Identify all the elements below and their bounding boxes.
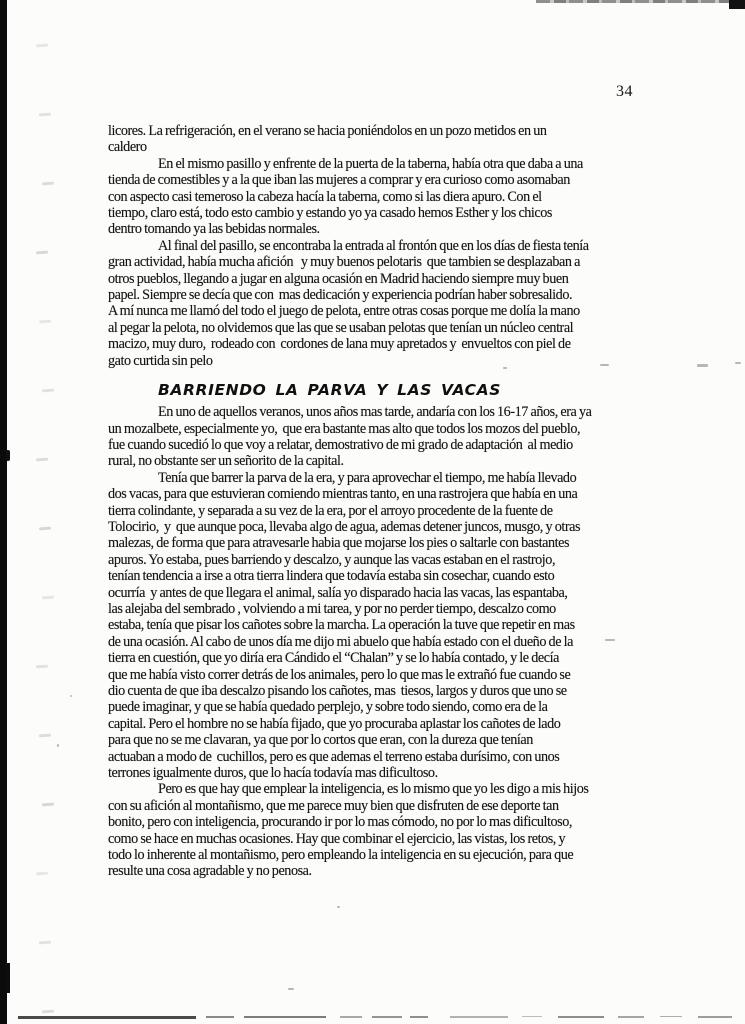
text-line: rural, no obstante ser un señorito de la… (108, 453, 708, 469)
text-line: tienda de comestibles y a la que iban la… (108, 172, 708, 188)
document-text: licores. La refrigeración, en el verano … (108, 123, 708, 880)
scan-margin-smudge (39, 941, 51, 945)
text-line: bonito, pero con inteligencia, procurand… (108, 814, 708, 830)
scan-margin-smudge (36, 458, 48, 462)
scan-edge-bottom-segment (660, 1016, 682, 1017)
text-line: estaba, tenía que pisar los cañotes sobr… (108, 617, 708, 633)
scan-speck (337, 906, 340, 908)
scan-edge-bottom-segment (450, 1016, 508, 1018)
text-line: ocurría y antes de que llegara el animal… (108, 585, 708, 601)
scan-edge-bottom-segment (372, 1016, 402, 1018)
scan-edge-bottom-segment (410, 1016, 428, 1018)
text-line: Tolocirio, y que aunque poca, llevaba al… (108, 519, 708, 535)
scan-margin-smudge (39, 113, 51, 117)
text-line: tiempo, claro está, todo esto cambio y e… (108, 205, 708, 221)
text-line: A mí nunca me llamó del todo el juego de… (108, 303, 708, 319)
scan-margin-smudge (36, 665, 48, 669)
text-line: apuros. Yo estaba, pues barriendo y desc… (108, 552, 708, 568)
text-line: capital. Pero el hombre no se había fija… (108, 716, 708, 732)
text-line: las alejaba del sembrado , volviendo a m… (108, 601, 708, 617)
text-line: todo lo inherente al montañismo, pero em… (108, 847, 708, 863)
scan-edge-blemish (6, 450, 10, 461)
scan-margin-smudge (39, 734, 51, 738)
text-line: papel. Siempre se decía que con mas dedi… (108, 287, 708, 303)
text-line: resulte una cosa agradable y no penosa. (108, 863, 708, 879)
scan-margin-smudge (42, 1010, 54, 1014)
page-number: 34 (616, 83, 633, 101)
scan-speck (57, 744, 59, 747)
scan-corner-top-right (729, 0, 745, 9)
scan-margin-smudge (36, 872, 48, 876)
text-line: malezas, de forma que para atravesarle h… (108, 535, 708, 551)
text-line: como se hace en muchas ocasiones. Hay qu… (108, 831, 708, 847)
text-line: para que no se me clavaran, ya que por l… (108, 732, 708, 748)
scan-speck (735, 362, 741, 364)
text-line: con aspecto casi temeroso la cabeza hací… (108, 189, 708, 205)
scan-edge-blemish (5, 963, 10, 993)
scan-edge-bottom-segment (558, 1016, 604, 1018)
section-heading: BARRIENDO LA PARVA Y LAS VACAS (158, 381, 708, 400)
text-line: otros pueblos, llegando a jugar en algun… (108, 271, 708, 287)
text-line: En el mismo pasillo y enfrente de la pue… (108, 156, 708, 172)
text-line: dio cuenta de que iba descalzo pisando l… (108, 683, 708, 699)
scan-margin-smudge (42, 182, 54, 186)
scan-margin-smudge (36, 251, 48, 255)
text-line: Pero es que hay que emplear la inteligen… (108, 781, 708, 797)
scanned-page: 34 licores. La refrigeración, en el vera… (0, 0, 745, 1024)
text-line: dos vacas, para que estuvieran comiendo … (108, 486, 708, 502)
scan-edge-bottom-segment (618, 1016, 644, 1018)
scan-speck (288, 988, 294, 990)
text-line: puede imaginar, y que se había quedado p… (108, 699, 708, 715)
scan-edge-bottom-segment (522, 1016, 542, 1017)
text-line: de una ocasión. Al cabo de unos día me d… (108, 634, 708, 650)
text-line: al pegar la pelota, no olvidemos que las… (108, 320, 708, 336)
text-line: un mozalbete, especialmente yo, que era … (108, 421, 708, 437)
scan-margin-smudge (39, 320, 51, 324)
text-line: con su afición al montañismo, que me par… (108, 798, 708, 814)
scan-margin-smudge (36, 44, 48, 48)
text-line: terrones igualmente duros, que lo hacía … (108, 765, 708, 781)
scan-edge-bottom-segment (698, 1016, 732, 1018)
text-line: caldero (108, 139, 708, 155)
text-line: tierra en cuestión, que yo diría era Cán… (108, 650, 708, 666)
scan-edge-bottom-segment (206, 1016, 234, 1018)
scan-edge-bottom-segment (340, 1016, 362, 1018)
scan-margin-smudge (39, 527, 51, 531)
text-line: tierra colindante, y separada a su vez d… (108, 503, 708, 519)
text-line: licores. La refrigeración, en el verano … (108, 123, 708, 139)
scan-margin-smudge (42, 389, 54, 393)
scan-edge-bottom-segment (18, 1016, 196, 1019)
text-line: gran actividad, había mucha afición y mu… (108, 254, 708, 270)
text-line: gato curtida sin pelo (108, 353, 708, 369)
text-line: que me había visto correr detrás de los … (108, 667, 708, 683)
text-line: En uno de aquellos veranos, unos años ma… (108, 404, 708, 420)
text-line: dentro tomando ya las bebidas normales. (108, 221, 708, 237)
text-line: Al final del pasillo, se encontraba la e… (108, 238, 708, 254)
text-line: Tenía que barrer la parva de la era, y p… (108, 470, 708, 486)
text-line: macizo, muy duro, rodeado con cordones d… (108, 336, 708, 352)
scan-margin-smudge (42, 803, 54, 807)
text-line: tenían tendencia a irse a otra tierra li… (108, 568, 708, 584)
text-line: actuaban a modo de cuchillos, pero es qu… (108, 749, 708, 765)
scan-margin-smudge (42, 596, 54, 600)
scan-edge-top (536, 0, 732, 3)
scan-speck (70, 695, 72, 697)
scan-edge-left (0, 0, 7, 1024)
text-line: fue cuando sucedió lo que voy a relatar,… (108, 437, 708, 453)
scan-edge-bottom-segment (244, 1016, 326, 1018)
